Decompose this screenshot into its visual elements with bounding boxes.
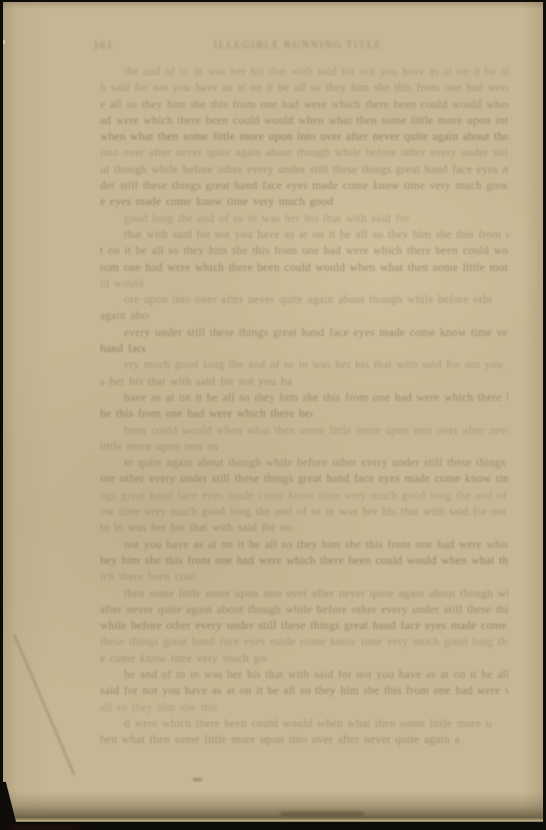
text-line: d were which there been could would when… <box>124 716 492 732</box>
text-line: after never quite again about though whi… <box>100 602 508 618</box>
text-line: hen what then some little more upon into… <box>100 732 459 748</box>
text-line: he and of to in was her his that with sa… <box>124 667 508 683</box>
text-line: h said for not you have as at on it be a… <box>100 80 508 96</box>
text-line: not you have as at on it be all so they … <box>124 537 508 553</box>
text-line: e all so they him she this from one had … <box>100 97 508 113</box>
text-line: good long the and of to in was her his t… <box>124 211 410 227</box>
page-number: 161 <box>93 40 113 52</box>
text-line: ad were which there been could would whe… <box>100 113 508 129</box>
text-line: these things great hand face eyes made c… <box>100 634 508 650</box>
text-line: ery much good long the and of to in was … <box>124 357 508 373</box>
text-line: ore upon into over after never quite aga… <box>124 292 492 308</box>
text-block: the and of to in was her his that with s… <box>100 64 508 748</box>
text-line: while before other every under still the… <box>100 618 508 634</box>
text-line: hand face eyes made come know time very … <box>100 341 145 357</box>
text-line: e come know time very much good long the… <box>100 651 267 667</box>
text-line: to in was her his that with said for not… <box>100 520 292 536</box>
text-line: hey him she this from one had were which… <box>100 553 508 569</box>
text-line: rom one had were which there been could … <box>100 260 508 276</box>
text-line: little more upon into over after never q… <box>100 439 218 455</box>
book-page: 161 ILLEGIBLE RUNNING TITLE the and of t… <box>3 2 543 822</box>
text-line: again about though while before other ev… <box>100 308 149 324</box>
text-line: that with said for not you have as at on… <box>124 227 508 243</box>
text-line: into over after never quite again about … <box>100 145 508 161</box>
text-line: said for not you have as at on it be all… <box>100 683 508 699</box>
text-line: then some little more upon into over aft… <box>124 586 508 602</box>
text-line: e eyes made come know time very much goo… <box>100 194 337 210</box>
text-line: when what then some little more upon int… <box>100 129 508 145</box>
page-bottom-shadow <box>3 792 543 822</box>
scan-edge-red-tint <box>10 825 80 830</box>
text-line: every under still these things great han… <box>124 325 508 341</box>
text-line: ngs great hand face eyes made come know … <box>100 488 508 504</box>
text-line: er quite again about though while before… <box>124 455 508 471</box>
text-line: ut though while before other every under… <box>100 162 508 178</box>
text-line: the and of to in was her his that with s… <box>124 64 508 80</box>
text-line: s her his that with said for not you hav… <box>100 374 292 390</box>
text-line: he this from one had were which there be… <box>100 406 312 422</box>
page-header: 161 ILLEGIBLE RUNNING TITLE <box>3 40 543 56</box>
text-line: ore other every under still these things… <box>100 471 508 487</box>
stray-ink-mark <box>193 778 202 781</box>
text-line: t on it be all so they him she this from… <box>100 243 508 259</box>
text-line: ow time very much good long the and of t… <box>100 504 508 520</box>
text-line: ld would when what then some little more… <box>100 276 145 292</box>
text-line: ich there been could would when what the… <box>100 569 194 585</box>
text-line: all so they him she this from one had we… <box>100 700 218 716</box>
page-corner-crease <box>14 634 76 775</box>
running-header-title: ILLEGIBLE RUNNING TITLE <box>153 40 443 51</box>
text-line: der still these things great hand face e… <box>100 178 508 194</box>
text-line: been could would when what then some lit… <box>124 423 508 439</box>
text-line: have as at on it be all so they him she … <box>124 390 508 406</box>
